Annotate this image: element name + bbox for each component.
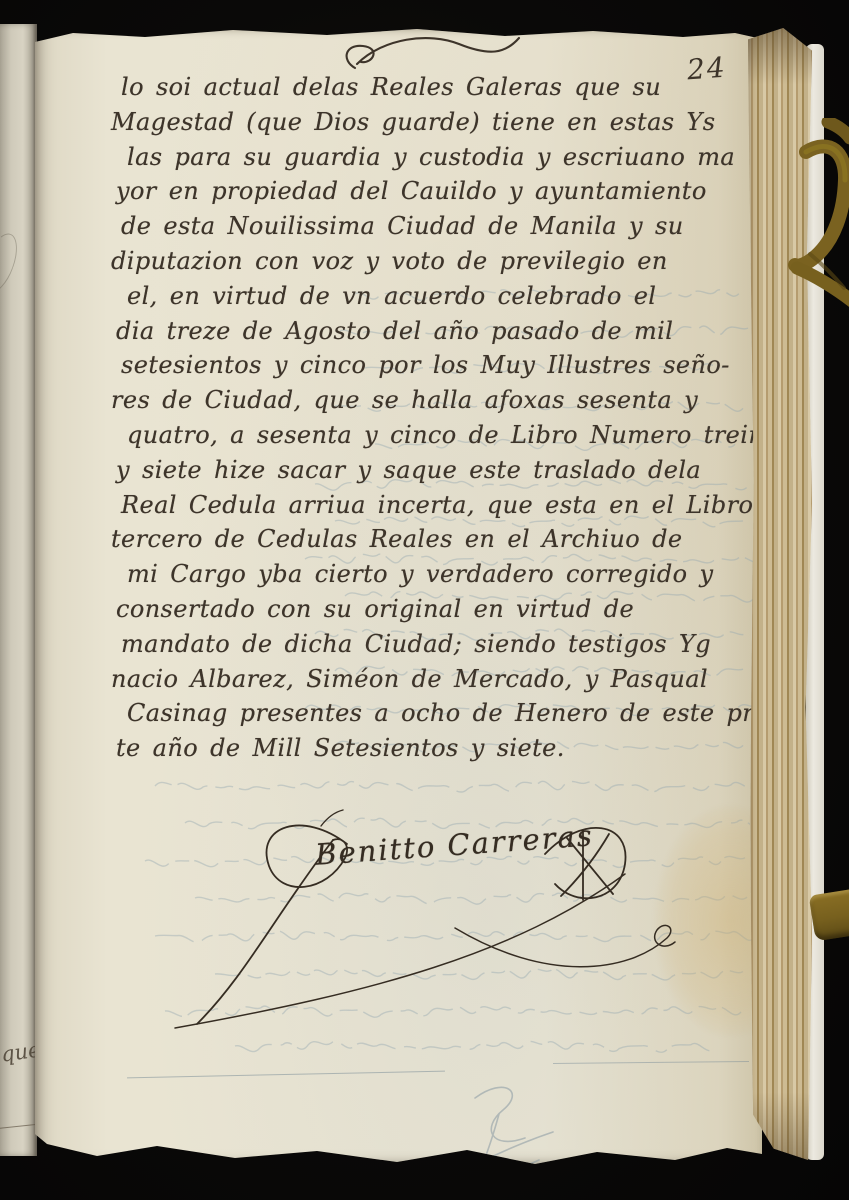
manuscript-line: y siete hize sacar y saque este traslado… [40,453,762,488]
manuscript-line: tercero de Cedulas Reales en el Archiuo … [35,522,762,557]
page-number: 24 [686,51,728,87]
manuscript-line: diputazion con voz y voto de previlegio … [35,244,762,279]
manuscript-line: el, en virtud de vn acuerdo celebrado el [51,279,762,314]
manuscript-line: Casinag presentes a ocho de Henero de es… [51,696,762,731]
binding-strap-stub [809,889,849,942]
manuscript-line: consertado con su original en virtud de [40,592,762,627]
manuscript-line: nacio Albarez, Siméon de Mercado, y Pasq… [35,662,762,697]
previous-page-ink-mark [0,229,24,297]
manuscript-line: res de Ciudad, que se halla afoxas sesen… [35,383,762,418]
previous-page-edge: que [0,24,37,1156]
manuscript-line: Real Cedula arriua incerta, que esta en … [45,488,762,523]
manuscript-line: mi Cargo yba cierto y verdadero corregid… [51,557,762,592]
signature-block: Benitto Carreras [215,796,695,1026]
manuscript-line: las para su guardia y custodia y escriua… [51,140,762,175]
ink-flourish-top [343,30,523,78]
manuscript-line: Magestad (que Dios guarde) tiene en esta… [35,105,762,140]
manuscript-line: de esta Nouilissima Ciudad de Manila y s… [45,209,762,244]
previous-page-stroke [0,1124,38,1129]
manuscript-line: dia treze de Agosto del año pasado de mi… [40,314,762,349]
manuscript-line: yor en propiedad del Cauildo y ayuntamie… [40,174,762,209]
scan-background: que 24 lo soi actual delas Reales Galera… [0,0,849,1200]
manuscript-line: quatro, a sesenta y cinco de Libro Numer… [51,418,762,453]
manuscript-line: mandato de dicha Ciudad; siendo testigos… [45,627,762,662]
manuscript-text: lo soi actual delas Reales Galeras que s… [35,70,762,766]
manuscript-page: 24 lo soi actual delas Reales Galeras qu… [35,26,762,1166]
binding-strap [770,118,849,378]
bleed-through-flourish [413,1070,583,1200]
manuscript-line: te año de Mill Setesientos y siete. [40,731,762,766]
manuscript-line: setesientos y cinco por los Muy Illustre… [45,348,762,383]
